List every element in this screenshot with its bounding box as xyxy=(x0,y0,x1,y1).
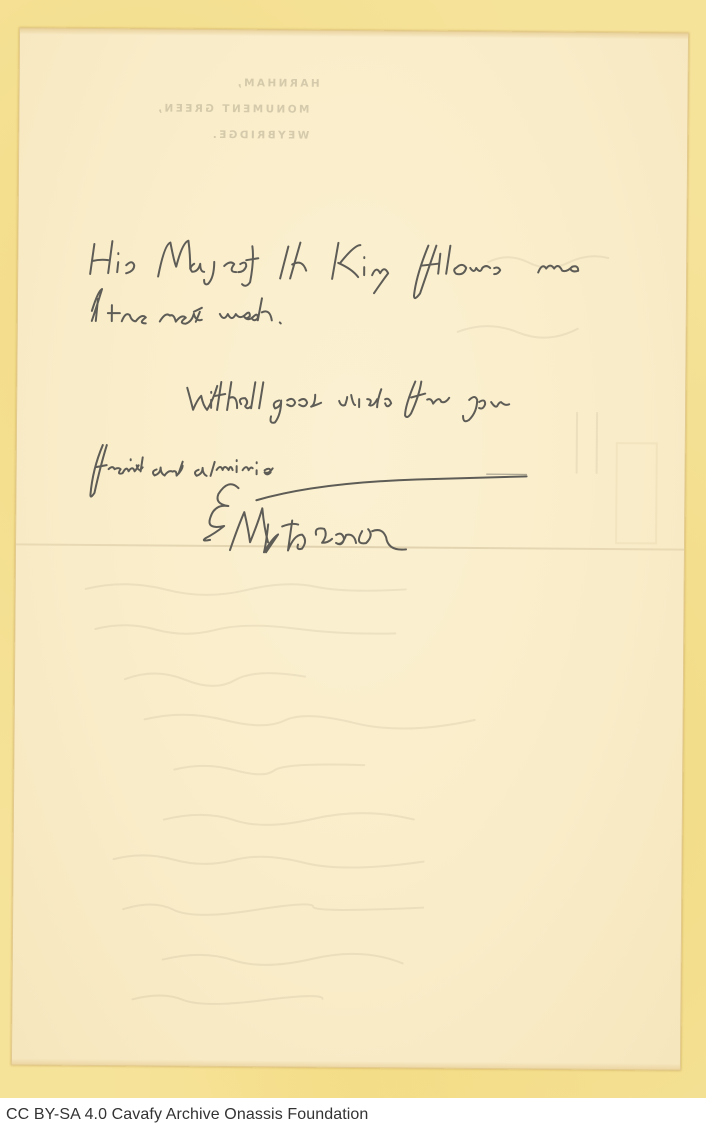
license-credit: CC BY-SA 4.0 Cavafy Archive Onassis Foun… xyxy=(6,1106,368,1124)
handwritten-body xyxy=(12,28,690,1071)
letter-sheet: WEYBRIDGE. MONUMENT GREEN, HARNHAM, xyxy=(11,27,689,1070)
